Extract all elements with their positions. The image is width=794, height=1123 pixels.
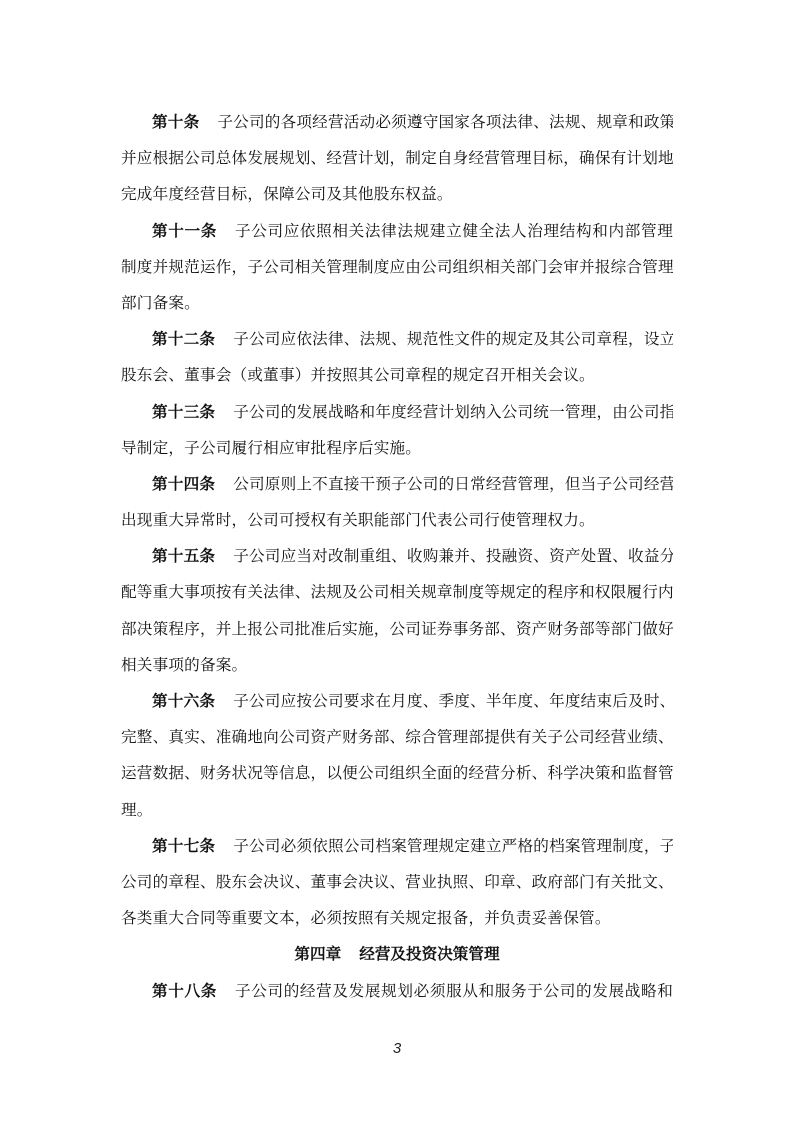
article-heading: 第十二条 xyxy=(152,330,215,348)
article-line: 公司的章程、股东会决议、董事会决议、营业执照、印章、政府部门有关批文、 xyxy=(121,864,673,900)
article-line: 第十三条子公司的发展战略和年度经营计划纳入公司统一管理，由公司指 xyxy=(121,394,673,430)
article-text: 子公司的经营及发展规划必须服从和服务于公司的发展战略和 xyxy=(235,982,673,1000)
article-13: 第十三条子公司的发展战略和年度经营计划纳入公司统一管理，由公司指 导制定，子公司… xyxy=(121,394,673,466)
article-line: 第十四条公司原则上不直接干预子公司的日常经营管理，但当子公司经营 xyxy=(121,466,673,502)
article-line: 股东会、董事会（或董事）并按照其公司章程的规定召开相关会议。 xyxy=(121,357,673,393)
article-heading: 第十三条 xyxy=(152,403,215,421)
article-line: 导制定，子公司履行相应审批程序后实施。 xyxy=(121,430,673,466)
article-line: 第十一条子公司应依照相关法律法规建立健全法人治理结构和内部管理 xyxy=(121,213,673,249)
article-heading: 第十五条 xyxy=(152,547,215,565)
article-text: 子公司的发展战略和年度经营计划纳入公司统一管理，由公司指 xyxy=(233,403,673,421)
article-11: 第十一条子公司应依照相关法律法规建立健全法人治理结构和内部管理 制度并规范运作，… xyxy=(121,213,673,322)
article-line: 运营数据、财务状况等信息，以便公司组织全面的经营分析、科学决策和监督管 xyxy=(121,755,673,791)
article-line: 第十七条子公司必须依照公司档案管理规定建立严格的档案管理制度，子 xyxy=(121,828,673,864)
document-page: 第十条子公司的各项经营活动必须遵守国家各项法律、法规、规章和政策， 并应根据公司… xyxy=(0,0,794,1123)
article-line: 理。 xyxy=(121,792,673,828)
article-10: 第十条子公司的各项经营活动必须遵守国家各项法律、法规、规章和政策， 并应根据公司… xyxy=(121,104,673,213)
article-line: 相关事项的备案。 xyxy=(121,647,673,683)
article-text: 子公司应按公司要求在月度、季度、半年度、年度结束后及时、 xyxy=(233,692,673,710)
article-line: 完成年度经营目标，保障公司及其他股东权益。 xyxy=(121,176,673,212)
article-heading: 第十四条 xyxy=(152,475,215,493)
article-line: 第十二条子公司应依法律、法规、规范性文件的规定及其公司章程，设立 xyxy=(121,321,673,357)
article-line: 第十八条子公司的经营及发展规划必须服从和服务于公司的发展战略和 xyxy=(121,973,673,1009)
article-heading: 第十七条 xyxy=(152,837,215,855)
article-16: 第十六条子公司应按公司要求在月度、季度、半年度、年度结束后及时、 完整、真实、准… xyxy=(121,683,673,828)
article-14: 第十四条公司原则上不直接干预子公司的日常经营管理，但当子公司经营 出现重大异常时… xyxy=(121,466,673,538)
article-line: 制度并规范运作，子公司相关管理制度应由公司组织相关部门会审并报综合管理 xyxy=(121,249,673,285)
article-line: 部决策程序，并上报公司批准后实施，公司证券事务部、资产财务部等部门做好 xyxy=(121,611,673,647)
article-text: 子公司应当对改制重组、收购兼并、投融资、资产处置、收益分 xyxy=(233,547,673,565)
chapter-title: 经营及投资决策管理 xyxy=(359,945,499,963)
article-12: 第十二条子公司应依法律、法规、规范性文件的规定及其公司章程，设立 股东会、董事会… xyxy=(121,321,673,393)
article-heading: 第十八条 xyxy=(152,982,217,1000)
article-text: 子公司应依照相关法律法规建立健全法人治理结构和内部管理 xyxy=(235,222,673,240)
article-line: 配等重大事项按有关法律、法规及公司相关规章制度等规定的程序和权限履行内 xyxy=(121,574,673,610)
document-body: 第十条子公司的各项经营活动必须遵守国家各项法律、法规、规章和政策， 并应根据公司… xyxy=(121,104,673,1009)
article-line: 完整、真实、准确地向公司资产财务部、综合管理部提供有关子公司经营业绩、 xyxy=(121,719,673,755)
page-number: 3 xyxy=(0,1040,794,1057)
article-heading: 第十条 xyxy=(152,113,199,131)
article-18: 第十八条子公司的经营及发展规划必须服从和服务于公司的发展战略和 xyxy=(121,973,673,1009)
chapter-heading: 第四章经营及投资决策管理 xyxy=(121,936,673,972)
article-line: 各类重大合同等重要文本，必须按照有关规定报备，并负责妥善保管。 xyxy=(121,900,673,936)
chapter-number: 第四章 xyxy=(294,945,341,963)
article-17: 第十七条子公司必须依照公司档案管理规定建立严格的档案管理制度，子 公司的章程、股… xyxy=(121,828,673,937)
article-line: 第十六条子公司应按公司要求在月度、季度、半年度、年度结束后及时、 xyxy=(121,683,673,719)
article-line: 第十五条子公司应当对改制重组、收购兼并、投融资、资产处置、收益分 xyxy=(121,538,673,574)
article-text: 子公司应依法律、法规、规范性文件的规定及其公司章程，设立 xyxy=(233,330,673,348)
article-heading: 第十一条 xyxy=(152,222,217,240)
article-heading: 第十六条 xyxy=(152,692,215,710)
article-line: 第十条子公司的各项经营活动必须遵守国家各项法律、法规、规章和政策， xyxy=(121,104,673,140)
article-line: 并应根据公司总体发展规划、经营计划，制定自身经营管理目标，确保有计划地 xyxy=(121,140,673,176)
article-line: 出现重大异常时，公司可授权有关职能部门代表公司行使管理权力。 xyxy=(121,502,673,538)
article-text: 子公司的各项经营活动必须遵守国家各项法律、法规、规章和政策， xyxy=(217,113,673,131)
article-text: 公司原则上不直接干预子公司的日常经营管理，但当子公司经营 xyxy=(233,475,673,493)
article-line: 部门备案。 xyxy=(121,285,673,321)
article-15: 第十五条子公司应当对改制重组、收购兼并、投融资、资产处置、收益分 配等重大事项按… xyxy=(121,538,673,683)
article-text: 子公司必须依照公司档案管理规定建立严格的档案管理制度，子 xyxy=(233,837,673,855)
